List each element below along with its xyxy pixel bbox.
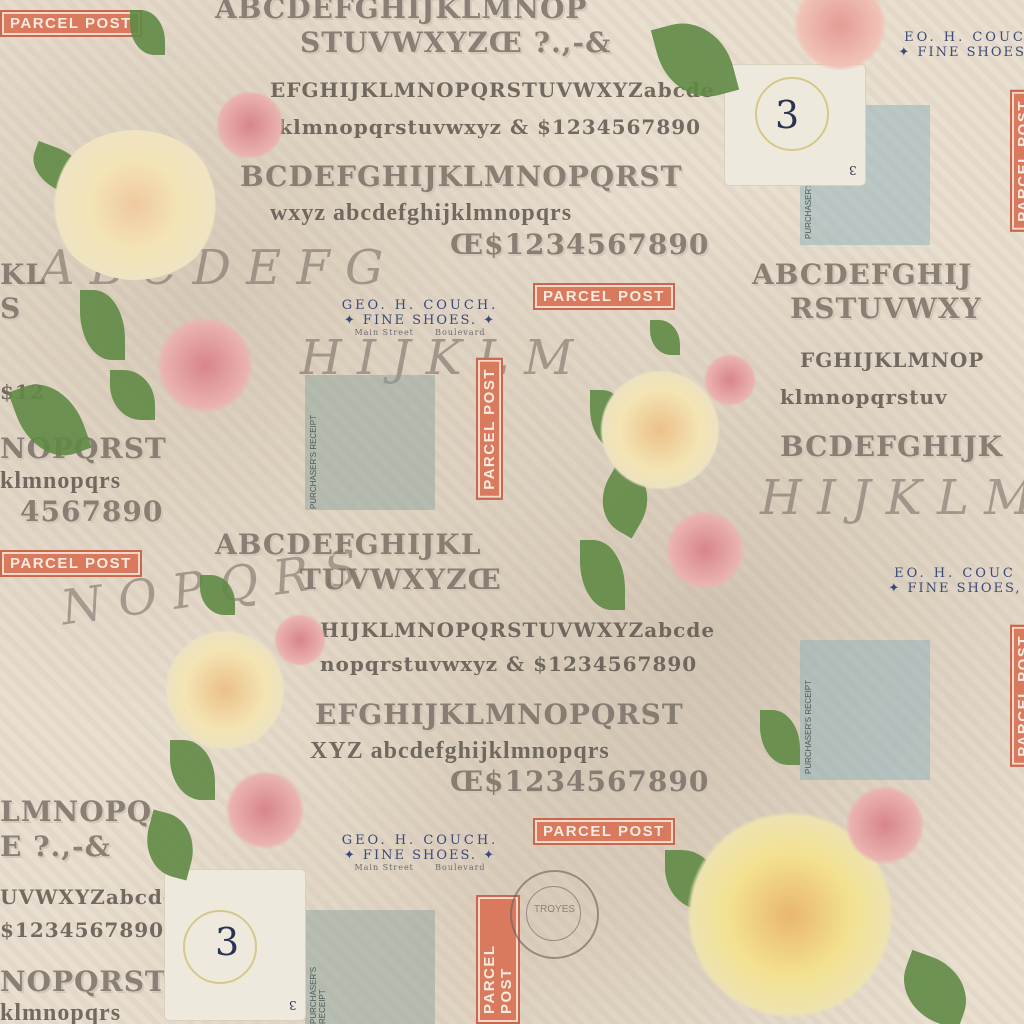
type-row: E ?.,-& (0, 830, 111, 863)
company-name: GEO. H. COUCH. (330, 833, 510, 848)
number-card: 3 3 (725, 65, 865, 185)
type-row: HIJKLMNOPQRSTUVWXYZabcde (320, 618, 715, 642)
pink-rose (210, 85, 290, 165)
type-row: FGHIJKLMNOP (800, 348, 984, 372)
type-row: UVWXYZabcde (0, 885, 177, 909)
purchasers-receipt: PURCHASER'S RECEIPT (305, 375, 435, 510)
parcel-post-stamp: PARCEL POST (1010, 90, 1024, 232)
card-small-number: 3 (289, 998, 297, 1012)
company-name: GEO. H. COUCH. (330, 298, 510, 313)
product-name: ✦ FINE SHOES. ✦ (330, 313, 510, 328)
address: Main Street Boulevard (330, 328, 510, 337)
type-row: LMNOPQ (0, 795, 152, 828)
type-row: klmnopqrstuv (780, 385, 948, 409)
pink-rose (270, 610, 330, 670)
purchasers-receipt: PURCHASER'S RECEIPT (305, 910, 435, 1024)
type-row: jklmnopqrstuvwxyz & $1234567890 (270, 115, 701, 139)
pink-rose (150, 310, 260, 420)
shoe-label: EO. H. COUC ✦ FINE SHOES, (875, 566, 1024, 596)
script-alphabet: H I J K L M (760, 470, 1024, 526)
type-row: BCDEFGHIJK (780, 430, 1003, 463)
type-row: $1234567890 (0, 918, 164, 942)
type-row: NOPQRST (0, 965, 167, 998)
card-number: 3 (775, 93, 799, 137)
number-card: 3 3 (165, 870, 305, 1020)
postmark: TROYES (510, 870, 599, 959)
receipt-label: PURCHASER'S RECEIPT (804, 680, 813, 774)
shoe-label: GEO. H. COUCH. ✦ FINE SHOES. ✦ Main Stre… (330, 833, 510, 872)
type-row: klmnopqrs (0, 468, 121, 495)
shoe-label: EO. H. COUC ✦ FINE SHOES, (895, 30, 1024, 60)
parcel-post-stamp: PARCEL POST (533, 283, 675, 310)
type-row: nopqrstuvwxyz & $1234567890 (320, 652, 697, 676)
receipt-label: PURCHASER'S RECEIPT (309, 415, 318, 509)
company-name: EO. H. COUC (875, 566, 1024, 581)
type-row: ABCDEFGHIJ (752, 258, 972, 291)
product-name: ✦ FINE SHOES, (875, 581, 1024, 596)
type-row: TUVWXYZŒ (300, 563, 502, 596)
parcel-post-stamp: PARCEL POST (533, 818, 675, 845)
shoe-label: GEO. H. COUCH. ✦ FINE SHOES. ✦ Main Stre… (330, 298, 510, 337)
type-row: klmnopqrs (0, 1000, 121, 1024)
product-name: ✦ FINE SHOES, (895, 45, 1024, 60)
type-row: EFGHIJKLMNOPQRST (315, 698, 684, 731)
pink-rose (840, 780, 930, 870)
type-row: BCDEFGHIJKLMNOPQRST (240, 160, 682, 193)
cream-rose (50, 130, 220, 280)
type-row: EFGHIJKLMNOPQRSTUVWXYZabcde (270, 78, 715, 102)
type-row: Œ$1234567890 (450, 765, 709, 798)
purchasers-receipt: PURCHASER'S RECEIPT (800, 640, 930, 780)
address: Main Street Boulevard (330, 863, 510, 872)
card-small-number: 3 (849, 163, 857, 177)
pink-rose (700, 350, 760, 410)
company-name: EO. H. COUC (895, 30, 1024, 45)
type-row: ABCDEFGHIJKLMNOP (215, 0, 587, 25)
parcel-post-stamp: PARCEL POST (0, 550, 142, 577)
type-row: XYZ abcdefghijklmnopqrs (310, 738, 610, 765)
card-number: 3 (215, 920, 239, 964)
pink-rose (660, 505, 750, 595)
receipt-label: PURCHASER'S RECEIPT (309, 950, 327, 1024)
pink-rose (220, 765, 310, 855)
type-row: Œ$1234567890 (450, 228, 709, 261)
type-row: 4567890 (20, 495, 163, 528)
type-row: RSTUVWXY (790, 292, 982, 325)
type-row: KL (0, 258, 46, 291)
parcel-post-stamp: PARCEL POST (0, 10, 142, 37)
type-row: S (0, 292, 21, 325)
parcel-post-stamp: PARCEL POST (1010, 625, 1024, 767)
product-name: ✦ FINE SHOES. ✦ (330, 848, 510, 863)
parcel-post-stamp: PARCEL POST (476, 358, 503, 500)
type-row: wxyz abcdefghijklmnopqrs (270, 200, 572, 227)
type-row: ABCDEFGHIJKL (215, 528, 481, 561)
type-row: STUVWXYZŒ ?.,-& (300, 26, 611, 59)
